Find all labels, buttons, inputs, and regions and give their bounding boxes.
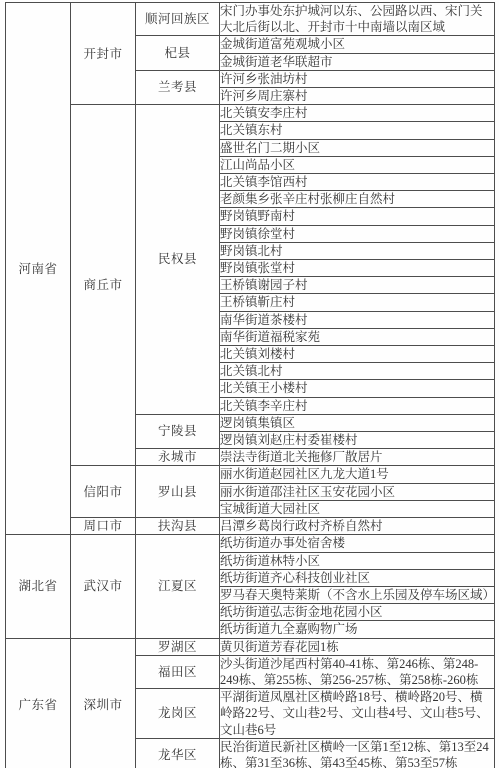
area-cell: 北关镇安李庄村: [220, 105, 495, 122]
area-cell: 纸坊街道九全嘉购物广场: [220, 621, 495, 638]
district-cell: 龙岗区: [136, 689, 220, 739]
city-cell: 周口市: [71, 518, 136, 535]
city-cell: 开封市: [71, 3, 136, 105]
table-row: 信阳市 罗山县 丽水街道赵园社区九龙大道1号: [6, 466, 495, 483]
district-cell: 杞县: [136, 36, 220, 70]
area-cell: 南华街道茶楼村: [220, 311, 495, 328]
area-cell: 崇法寺街道北关拖修厂散居片: [220, 449, 495, 466]
district-cell: 福田区: [136, 655, 220, 688]
area-cell: 黄贝街道芳春花园1栋: [220, 638, 495, 655]
district-cell: 民权县: [136, 105, 220, 415]
area-cell: 金城街道老华联超市: [220, 53, 495, 70]
area-cell: 平湖街道凤凰社区横岭路18号、横岭路20号、横岭路22号、文山巷2号、文山巷4号…: [220, 689, 495, 739]
district-cell: 扶沟县: [136, 518, 220, 535]
risk-area-table: 河南省 开封市 顺河回族区 宋门办事处东护城河以东、公园路以西、宋门关大北后街以…: [5, 2, 495, 768]
area-cell: 老颜集乡张辛庄村张柳庄自然村: [220, 191, 495, 208]
district-cell: 顺河回族区: [136, 3, 220, 36]
table-row: 商丘市 民权县 北关镇安李庄村: [6, 105, 495, 122]
area-cell: 逻岗镇刘赵庄村委崔楼村: [220, 432, 495, 449]
area-cell: 南华街道福税家苑: [220, 328, 495, 345]
area-cell: 罗马春天奥特莱斯（不含水上乐园及停车场区域）: [220, 586, 495, 603]
area-cell: 沙头街道沙尾西村第40-41栋、第246栋、第248-249栋、第255栋、第2…: [220, 655, 495, 688]
area-cell: 北关镇李辛庄村: [220, 397, 495, 414]
area-cell: 北关镇李馆西村: [220, 174, 495, 191]
province-cell: 湖北省: [6, 535, 71, 638]
area-cell: 纸坊街道弘志街金地花园小区: [220, 604, 495, 621]
area-cell: 北关镇北村: [220, 363, 495, 380]
area-cell: 北关镇东村: [220, 122, 495, 139]
table-row: 河南省 开封市 顺河回族区 宋门办事处东护城河以东、公园路以西、宋门关大北后街以…: [6, 3, 495, 36]
area-cell: 丽水街道邵洼社区玉安花园小区: [220, 483, 495, 500]
area-cell: 宋门办事处东护城河以东、公园路以西、宋门关大北后街以北、开封市十中南墙以南区域: [220, 3, 495, 36]
city-cell: 深圳市: [71, 638, 136, 768]
city-cell: 信阳市: [71, 466, 136, 518]
area-cell: 民治街道民新社区横岭一区第1至12栋、第13至24栋、第31至36栋、第43至4…: [220, 738, 495, 768]
area-cell: 江山尚品小区: [220, 156, 495, 173]
area-cell: 野岗镇野南村: [220, 208, 495, 225]
area-cell: 丽水街道赵园社区九龙大道1号: [220, 466, 495, 483]
district-cell: 龙华区: [136, 738, 220, 768]
area-cell: 王桥镇谢园子村: [220, 277, 495, 294]
area-cell: 金城街道富苑观城小区: [220, 36, 495, 53]
area-cell: 纸坊街道林特小区: [220, 552, 495, 569]
area-cell: 许河乡周庄寨村: [220, 88, 495, 105]
area-cell: 许河乡张油坊村: [220, 70, 495, 87]
district-cell: 永城市: [136, 449, 220, 466]
area-cell: 北关镇刘楼村: [220, 346, 495, 363]
table-row: 周口市 扶沟县 吕潭乡葛岗行政村齐桥自然村: [6, 518, 495, 535]
table-row: 广东省 深圳市 罗湖区 黄贝街道芳春花园1栋: [6, 638, 495, 655]
area-cell: 野岗镇徐堂村: [220, 225, 495, 242]
district-cell: 兰考县: [136, 70, 220, 104]
district-cell: 罗湖区: [136, 638, 220, 655]
area-cell: 野岗镇张堂村: [220, 260, 495, 277]
area-cell: 盛世名门二期小区: [220, 139, 495, 156]
district-cell: 江夏区: [136, 535, 220, 638]
area-cell: 纸坊街道办事处宿舍楼: [220, 535, 495, 552]
city-cell: 商丘市: [71, 105, 136, 466]
area-cell: 北关镇王小楼村: [220, 380, 495, 397]
district-cell: 罗山县: [136, 466, 220, 518]
area-cell: 宝城街道大园社区: [220, 500, 495, 517]
area-cell: 野岗镇北村: [220, 242, 495, 259]
province-cell: 广东省: [6, 638, 71, 768]
table-row: 湖北省 武汉市 江夏区 纸坊街道办事处宿舍楼: [6, 535, 495, 552]
area-cell: 王桥镇靳庄村: [220, 294, 495, 311]
area-cell: 纸坊街道齐心科技创业社区: [220, 569, 495, 586]
area-cell: 吕潭乡葛岗行政村齐桥自然村: [220, 518, 495, 535]
province-cell: 河南省: [6, 3, 71, 535]
city-cell: 武汉市: [71, 535, 136, 638]
risk-area-table-page: 河南省 开封市 顺河回族区 宋门办事处东护城河以东、公园路以西、宋门关大北后街以…: [0, 0, 499, 768]
area-cell: 逻岗镇集镇区: [220, 414, 495, 431]
district-cell: 宁陵县: [136, 414, 220, 448]
